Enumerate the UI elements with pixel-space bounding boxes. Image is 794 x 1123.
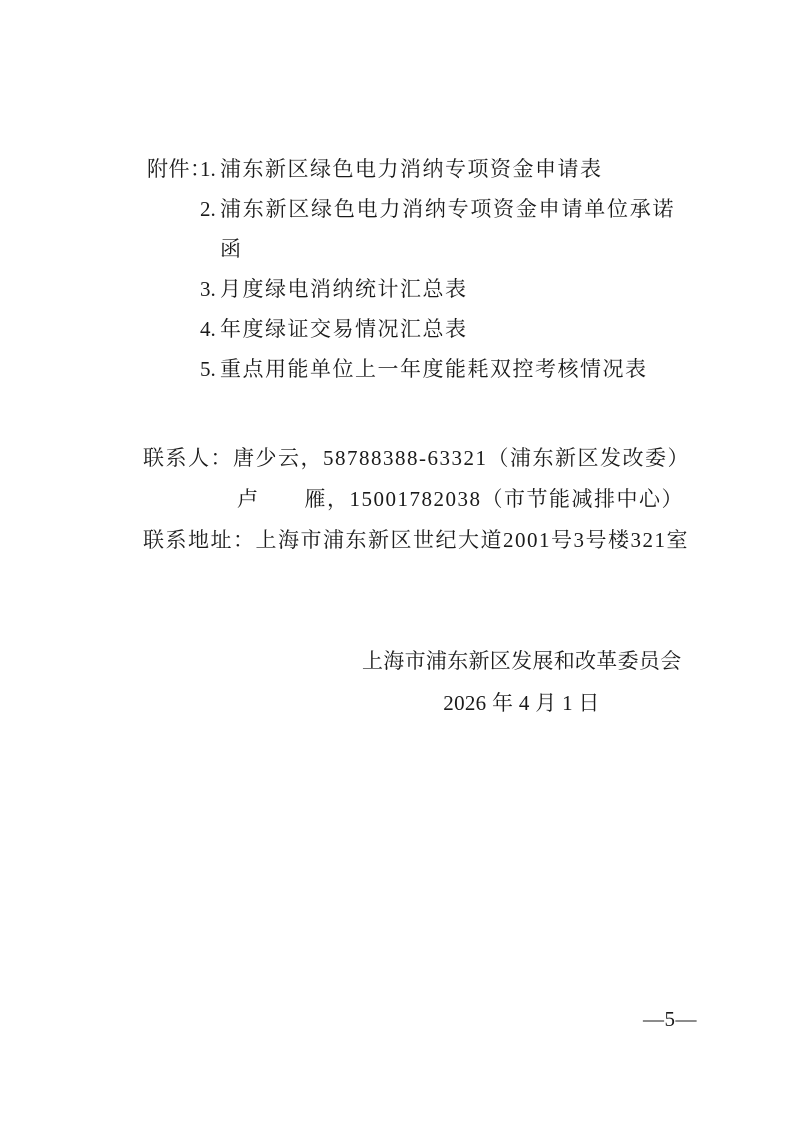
attachment-number: 3. — [200, 269, 220, 309]
contact-name: 卢 雁， — [237, 487, 350, 511]
page-number: —5— — [643, 1006, 697, 1032]
contact-address: 上海市浦东新区世纪大道2001号3号楼321室 — [256, 528, 690, 552]
attachment-text: 浦东新区绿色电力消纳专项资金申请单位承诺函 — [220, 189, 675, 269]
contact-phone: 58788388-63321 — [323, 446, 488, 470]
attachment-item: 2. 浦东新区绿色电力消纳专项资金申请单位承诺函 — [147, 189, 675, 269]
attachment-number: 5. — [200, 349, 220, 389]
contact-section: 联系人：唐少云，58788388-63321（浦东新区发改委） 卢 雁，1500… — [143, 438, 690, 561]
attachment-text: 重点用能单位上一年度能耗双控考核情况表 — [220, 349, 675, 389]
contact-org: （浦东新区发改委） — [488, 446, 691, 470]
attachment-text: 年度绿证交易情况汇总表 — [220, 309, 675, 349]
attachment-item: 附件： 1. 浦东新区绿色电力消纳专项资金申请表 — [147, 149, 675, 189]
attachments-section: 附件： 1. 浦东新区绿色电力消纳专项资金申请表 2. 浦东新区绿色电力消纳专项… — [147, 149, 675, 389]
attachment-number: 1. — [200, 149, 220, 189]
attachment-item: 4. 年度绿证交易情况汇总表 — [147, 309, 675, 349]
attachment-number: 2. — [200, 189, 220, 229]
signature-section: 上海市浦东新区发展和改革委员会 2026 年 4 月 1 日 — [362, 640, 681, 724]
attachments-label: 附件： — [147, 149, 200, 189]
attachment-text: 月度绿电消纳统计汇总表 — [220, 269, 675, 309]
attachment-number: 4. — [200, 309, 220, 349]
signature-org: 上海市浦东新区发展和改革委员会 — [362, 640, 681, 682]
attachment-item: 5. 重点用能单位上一年度能耗双控考核情况表 — [147, 349, 675, 389]
contact-address-label: 联系地址： — [143, 528, 256, 552]
contact-phone: 15001782038 — [350, 487, 482, 511]
contact-person-label: 联系人： — [143, 446, 233, 470]
attachment-text: 浦东新区绿色电力消纳专项资金申请表 — [220, 149, 675, 189]
contact-org: （市节能减排中心） — [482, 487, 685, 511]
signature-date: 2026 年 4 月 1 日 — [362, 682, 681, 724]
contact-person-row: 卢 雁，15001782038（市节能减排中心） — [143, 479, 690, 520]
document-page: 附件： 1. 浦东新区绿色电力消纳专项资金申请表 2. 浦东新区绿色电力消纳专项… — [0, 0, 794, 1123]
contact-name: 唐少云， — [233, 446, 323, 470]
attachment-item: 3. 月度绿电消纳统计汇总表 — [147, 269, 675, 309]
contact-address-row: 联系地址：上海市浦东新区世纪大道2001号3号楼321室 — [143, 520, 690, 561]
contact-person-row: 联系人：唐少云，58788388-63321（浦东新区发改委） — [143, 438, 690, 479]
